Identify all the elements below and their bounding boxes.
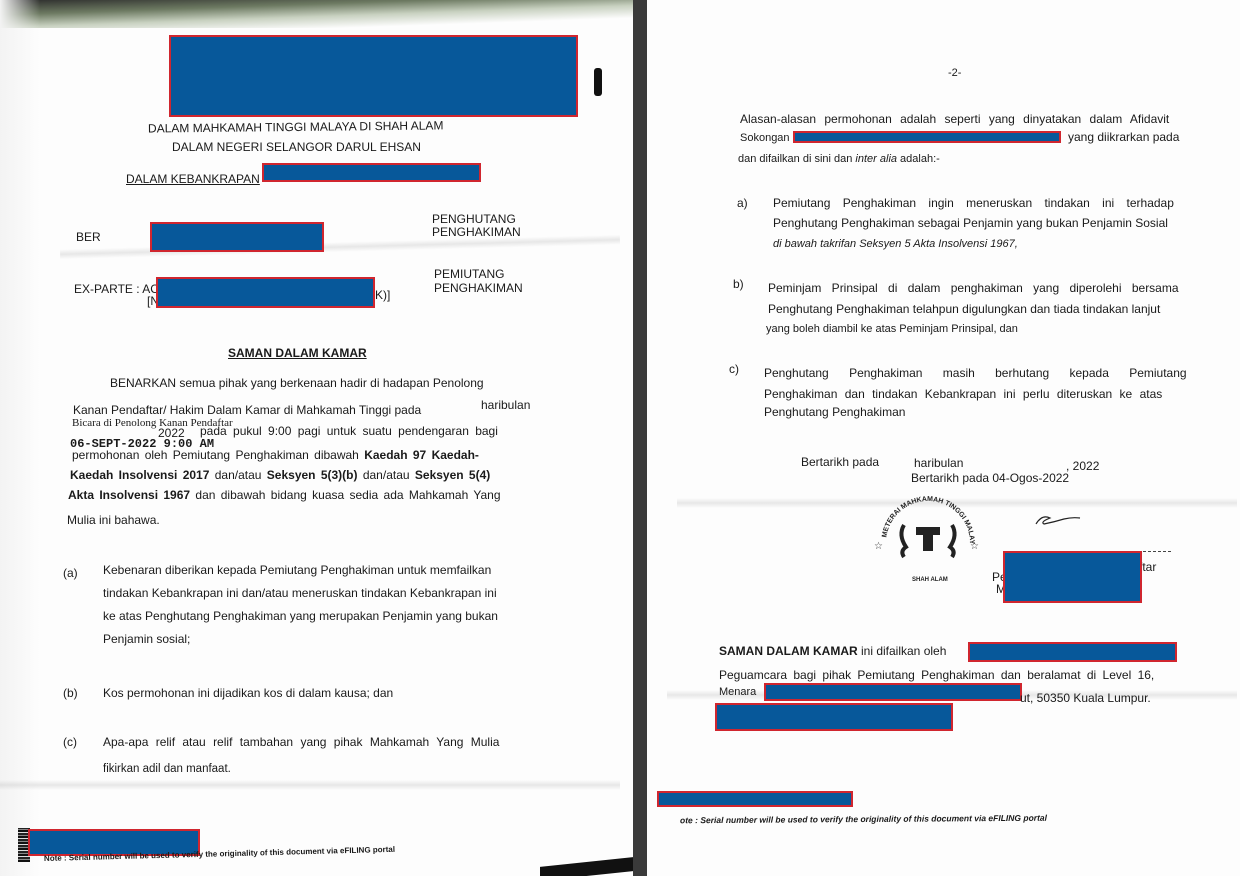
filed-by: Peguamcara bagi pihak Pemiutang Penghaki…: [719, 668, 1154, 682]
redaction-box: [657, 791, 853, 807]
p2-intro-line: yang diikrarkan pada: [1068, 130, 1179, 144]
intro-line: haribulan: [481, 398, 530, 412]
intro-line: Akta Insolvensi 1967 dan dibawah bidang …: [68, 488, 501, 502]
dated-label: Bertarikh pada: [801, 455, 879, 469]
svg-text:☆: ☆: [970, 541, 979, 552]
redaction-box: [764, 683, 1022, 701]
intro-line: Kaedah Insolvensi 2017 dan/atau Seksyen …: [70, 468, 490, 482]
scan-artifact: [594, 68, 602, 96]
item-text: fikirkan adil dan manfaat.: [103, 762, 231, 776]
item-text: Penjamin sosial;: [103, 632, 190, 646]
dated-month: haribulan: [914, 456, 963, 470]
p2-item-text: Penghutang Penghakiman sebagai Penjamin …: [773, 216, 1168, 230]
page-number: -2-: [948, 66, 961, 80]
paper-crease: [0, 780, 620, 790]
p2-intro-line: Sokongan: [740, 131, 790, 145]
filed-by: ut, 50350 Kuala Lumpur.: [1020, 691, 1151, 705]
p2-item-label: b): [733, 277, 744, 291]
document-page-1: DALAM MAHKAMAH TINGGI MALAYA DI SHAH ALA…: [0, 0, 633, 876]
svg-text:☆: ☆: [874, 541, 883, 552]
scan-artifact: [540, 857, 633, 876]
item-text: ke atas Penghutang Penghakiman yang meru…: [103, 609, 498, 623]
court-name: DALAM MAHKAMAH TINGGI MALAYA DI SHAH ALA…: [148, 118, 444, 135]
intro-line: pada pukul 9:00 pagi untuk suatu pendeng…: [200, 424, 498, 438]
party2-role-1: PEMIUTANG: [434, 267, 504, 281]
bankruptcy-label: DALAM KEBANKRAPAN: [126, 172, 260, 186]
intro-line: Kanan Pendaftar/ Hakim Dalam Kamar di Ma…: [73, 403, 421, 417]
item-text: Apa-apa relif atau relif tambahan yang p…: [103, 735, 499, 749]
item-text: Kebenaran diberikan kepada Pemiutang Pen…: [103, 563, 491, 577]
intro-line: Mulia ini bahawa.: [67, 513, 160, 527]
p2-item-text: di bawah takrifan Seksyen 5 Akta Insolve…: [773, 237, 1018, 251]
p2-item-text: Penghutang Penghakiman: [764, 405, 905, 419]
p2-item-text: Penghakiman dan tindakan Kebankrapan ini…: [764, 387, 1162, 401]
party1-prefix: BER: [76, 230, 101, 244]
page-divider: [633, 0, 647, 876]
p2-item-text: Peminjam Prinsipal di dalam penghakiman …: [768, 281, 1179, 295]
redaction-box: [262, 163, 481, 182]
filed-by: SAMAN DALAM KAMAR ini difailkan oleh: [719, 644, 946, 658]
redaction-box: [968, 642, 1177, 662]
signature-icon: [1034, 512, 1084, 528]
party2-bracket-close: K)]: [375, 288, 390, 302]
svg-text:METERAI MAHKAMAH TINGGI MALAYA: METERAI MAHKAMAH TINGGI MALAYA: [868, 483, 975, 545]
party1-role-1: PENGHUTANG: [432, 212, 516, 226]
scan-shadow-left: [0, 0, 40, 876]
p2-item-label: c): [729, 362, 739, 376]
item-text: tindakan Kebankrapan ini dan/atau meneru…: [103, 586, 497, 600]
filed-by: Menara: [719, 685, 756, 699]
redaction-box: [156, 277, 375, 308]
scan-shadow: [0, 0, 633, 28]
p2-item-label: a): [737, 196, 748, 210]
dated-year: , 2022: [1066, 459, 1099, 473]
footer-note: ote : Serial number will be used to veri…: [680, 811, 1047, 828]
court-seal-icon: METERAI MAHKAMAH TINGGI MALAYA ☆ ☆ SHAH …: [868, 483, 988, 583]
paper-crease: [60, 235, 620, 260]
p2-item-text: Pemiutang Penghakiman ingin meneruskan t…: [773, 196, 1174, 210]
redaction-box: [715, 703, 953, 731]
redaction-box: [793, 131, 1061, 143]
p2-intro-line: Alasan-alasan permohonan adalah seperti …: [740, 112, 1169, 126]
svg-text:SHAH ALAM: SHAH ALAM: [912, 577, 948, 583]
intro-line: permohonan oleh Pemiutang Penghakiman di…: [72, 448, 479, 462]
p2-item-text: Penghutang Penghakiman masih berhutang k…: [764, 366, 1187, 380]
document-title: SAMAN DALAM KAMAR: [228, 346, 367, 360]
item-text: Kos permohonan ini dijadikan kos di dala…: [103, 686, 393, 700]
p2-intro-line: dan difailkan di sini dan inter alia ada…: [738, 152, 940, 166]
party2-role-2: PENGHAKIMAN: [434, 281, 523, 295]
p2-item-text: yang boleh diambil ke atas Peminjam Prin…: [766, 322, 1018, 336]
item-label: (b): [63, 686, 78, 700]
redaction-box: [150, 222, 324, 252]
redaction-box: [1003, 551, 1142, 603]
intro-line: BENARKAN semua pihak yang berkenaan hadi…: [110, 376, 484, 390]
redaction-box: [169, 35, 578, 117]
item-label: (c): [63, 735, 77, 749]
item-label: (a): [63, 566, 78, 580]
party1-role-2: PENGHAKIMAN: [432, 225, 521, 239]
court-state: DALAM NEGERI SELANGOR DARUL EHSAN: [172, 140, 421, 154]
p2-item-text: Penghutang Penghakiman telahpun digulung…: [768, 302, 1160, 316]
